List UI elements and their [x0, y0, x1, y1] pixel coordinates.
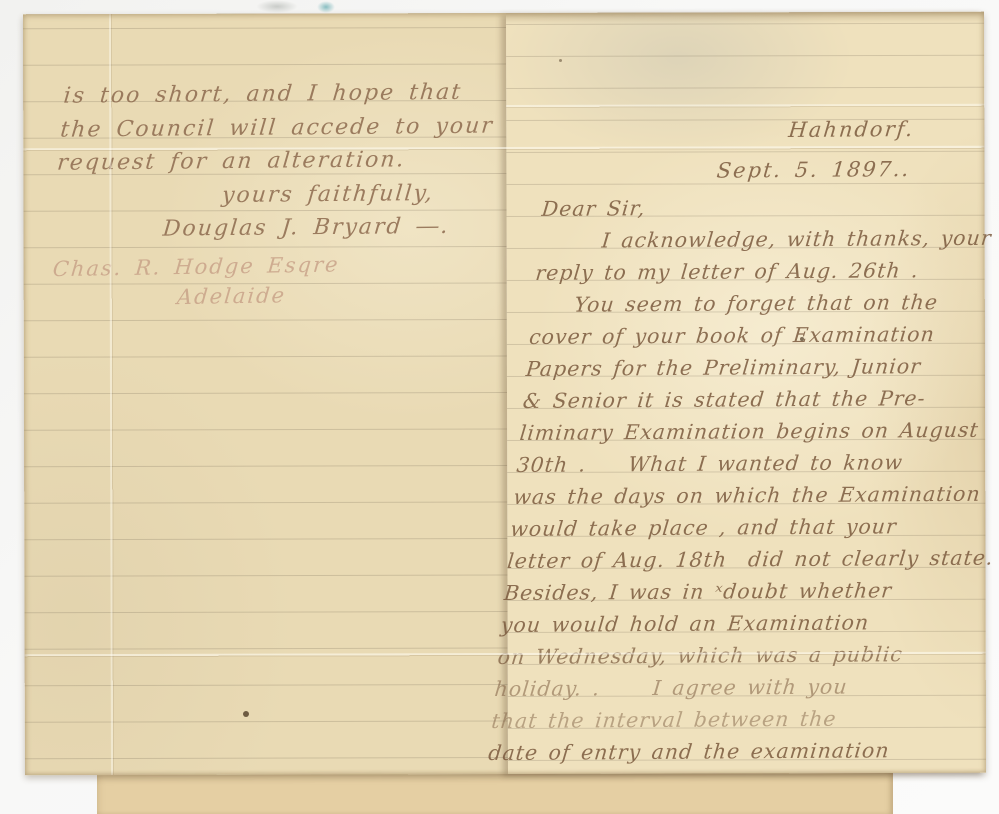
handwriting-line: & Senior it is stated that the Pre- [521, 382, 990, 417]
handwriting-line: Dear Sir, [540, 190, 999, 225]
handwriting-line: Besides, I was in ˣdoubt whether [503, 574, 972, 609]
ink-speck [243, 711, 249, 717]
handwriting-line: you would hold an Examination [499, 606, 968, 641]
handwriting-line: Douglas J. Bryard ―. [49, 210, 486, 248]
handwriting-line: cover of your book of Examination [528, 318, 997, 353]
underneath-page [97, 768, 893, 814]
handwriting-line: would take place , and that your [509, 510, 978, 545]
left-page: is too short, and I hope thatthe Council… [23, 13, 508, 775]
handwriting-line-faded: Chas. R. Hodge Esqre [52, 249, 341, 284]
ink-speck [559, 59, 562, 62]
ink-speck [800, 337, 804, 341]
handwriting-line-faded: Adelaide [49, 279, 338, 314]
top-fold-shade [506, 12, 984, 24]
handwriting-line: liminary Examination begins on August [518, 414, 987, 449]
handwriting-line: 30th . What I wanted to know [515, 446, 984, 481]
handwriting-line: that the interval between the [490, 702, 959, 737]
right-page: Hahndorf. Sept. 5. 1897.. Dear Sir, I ac… [506, 12, 986, 774]
handwriting-line: date of entry and the examination [487, 734, 956, 769]
handwriting-line: yours faithfully, [52, 176, 489, 214]
handwriting-line: is too short, and I hope that [62, 76, 499, 114]
left-page-text: is too short, and I hope thatthe Council… [49, 76, 498, 248]
scanner-smudge-mark [256, 0, 298, 13]
handwriting-line: was the days on which the Examination [512, 478, 981, 513]
handwriting-line: You seem to forget that on the [531, 286, 999, 321]
date-line: Sept. 5. 1897.. [502, 149, 912, 192]
scanner-teal-mark [317, 1, 335, 13]
handwriting-line: I acknowledge, with thanks, your ―― [537, 222, 999, 257]
handwriting-line: letter of Aug. 18th did not clearly stat… [506, 542, 975, 577]
letter-sheet: is too short, and I hope thatthe Council… [23, 12, 986, 776]
handwriting-line: Papers for the Preliminary, Junior [525, 350, 994, 385]
scanned-letter-page: { "left_page": { "lines": [ "is too shor… [0, 0, 999, 814]
letter-body: Dear Sir, I acknowledge, with thanks, yo… [487, 190, 999, 769]
handwriting-line: reply to my letter of Aug. 26th . [534, 254, 999, 289]
left-page-address-faded: Chas. R. Hodge Esqre Adelaide [49, 249, 341, 314]
handwriting-line: holiday. . I agree with you [493, 670, 962, 705]
handwriting-line: the Council will accede to your [59, 109, 496, 147]
